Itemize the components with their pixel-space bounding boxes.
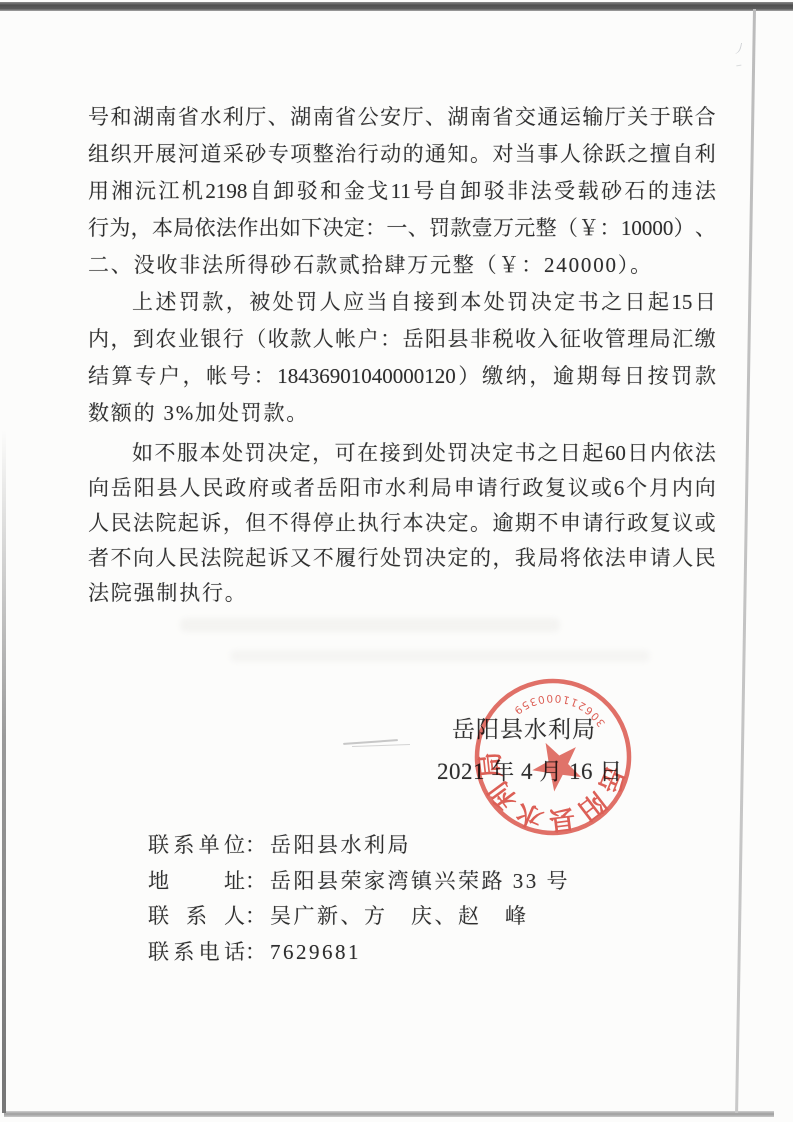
pencil-smudge [343, 739, 398, 744]
body-paragraphs-1-2: 号和湖南省水利厅、湖南省公安厅、湖南省交通运输厅关于联合 组织开展河道采砂专项整… [88, 99, 716, 432]
contact-row-phone: 联系电话：7629681 [148, 935, 570, 971]
body-line: 者不向人民法院起诉又不履行处罚决定的，我局将依法申请人民 [88, 541, 716, 576]
contact-value: 7629681 [266, 940, 361, 964]
scanned-document-page: 号和湖南省水利厅、湖南省公安厅、湖南省交通运输厅关于联合 组织开展河道采砂专项整… [0, 0, 793, 1122]
contact-row-unit: 联系单位：岳阳县水利局 [148, 828, 570, 864]
scan-artifact-mark [732, 41, 742, 54]
body-line: 用湘沅江机 2198 自卸驳和金戈 11 号自卸驳非法受载砂石的违法 [88, 173, 716, 210]
body-line: 二、没收非法所得砂石款贰拾肆万元整（￥：240000）。 [88, 247, 716, 284]
body-line: 上述罚款，被处罚人应当自接到本处罚决定书之日起 15 日 [88, 284, 716, 321]
ink-bleed-through [230, 650, 650, 662]
body-paragraph-3: 如不服本处罚决定，可在接到处罚决定书之日起60日内依法 向岳阳县人民政府或者岳阳… [88, 436, 716, 611]
scan-edge-left [2, 430, 6, 1113]
contact-colon: ： [245, 864, 266, 900]
scan-edge-right [735, 9, 755, 1113]
body-line: 行为，本局依法作出如下决定：一、罚款壹万元整（￥：10000）、 [88, 210, 716, 247]
pencil-smudge [352, 744, 410, 747]
body-line: 人民法院起诉，但不得停止执行本决定。逾期不申请行政复议或 [88, 506, 716, 541]
body-line: 内，到农业银行（收款人帐户：岳阳县非税收入征收管理局汇缴 [88, 321, 716, 358]
contact-colon: ： [245, 899, 266, 935]
contact-value: 岳阳县水利局 [266, 833, 411, 857]
scan-artifact-mark [736, 60, 742, 67]
body-line: 如不服本处罚决定，可在接到处罚决定书之日起60日内依法 [88, 436, 716, 471]
contact-value: 岳阳县荣家湾镇兴荣路 33 号 [266, 869, 570, 893]
contact-row-person: 联系人：吴广新、方 庆、赵 峰 [148, 899, 570, 935]
seal-star-icon [530, 742, 585, 795]
official-seal: 岳阳县水利局 43062110003593 [468, 672, 638, 842]
body-line: 号和湖南省水利厅、湖南省公安厅、湖南省交通运输厅关于联合 [88, 99, 716, 136]
body-line: 数额的 3%加处罚款。 [88, 395, 716, 432]
contact-value: 吴广新、方 庆、赵 峰 [266, 904, 529, 928]
contact-row-address: 地址：岳阳县荣家湾镇兴荣路 33 号 [148, 864, 570, 900]
body-line: 向岳阳县人民政府或者岳阳市水利局申请行政复议或6个月内向 [88, 471, 716, 506]
body-line: 结算专户，帐号：18436901040000120）缴纳，逾期每日按罚款 [88, 358, 716, 395]
body-line: 组织开展河道采砂专项整治行动的通知。对当事人徐跃之擅自利 [88, 136, 716, 173]
scan-edge-top [0, 2, 793, 11]
contact-label: 联系单位 [148, 828, 245, 864]
scan-edge-bottom [4, 1111, 774, 1117]
contact-label: 地址 [148, 864, 245, 900]
contact-block: 联系单位：岳阳县水利局 地址：岳阳县荣家湾镇兴荣路 33 号 联系人：吴广新、方… [148, 828, 570, 970]
ink-bleed-through [180, 618, 560, 632]
contact-colon: ： [245, 828, 266, 864]
contact-label: 联系电话 [148, 935, 245, 971]
contact-colon: ： [245, 935, 266, 971]
contact-label: 联系人 [148, 899, 245, 935]
body-line: 法院强制执行。 [88, 576, 716, 611]
